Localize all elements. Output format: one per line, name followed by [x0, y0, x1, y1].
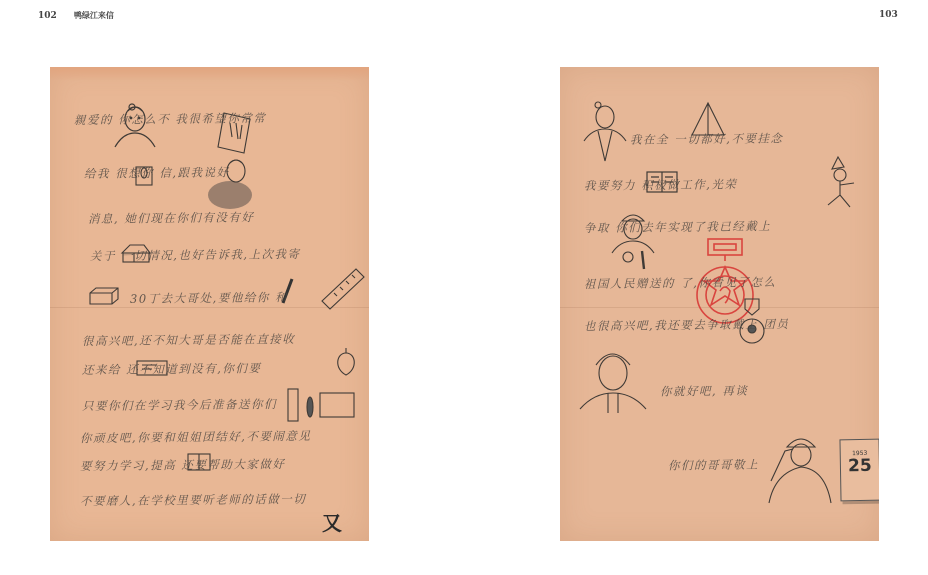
right-letter-scan: 1953 25 我在全 一切都好,不要挂念 我要努力 积极做工作,光荣 争取 你… [560, 67, 879, 541]
left-page-number: 102 [38, 11, 57, 21]
running-title: 鸭绿江来信 [74, 11, 114, 20]
blackboard-sketch-icon [286, 387, 356, 425]
letter-line: 親爱的 你怎么不 我很希望你常常 [74, 110, 266, 128]
letter-line: 不要磨人,在学校里要听老师的话做一切 [80, 491, 306, 509]
running-figure-sketch-icon [810, 153, 860, 213]
letter-line: 争取 你们去年实现了我已经戴上 [584, 218, 771, 236]
letter-line: 关于 一切情况,也好告诉我,上次我寄 [90, 246, 301, 264]
ruler-sketch-icon [320, 267, 366, 311]
letter-line: 还来给 还不知道到没有,你们要 [82, 360, 261, 378]
right-page-number: 103 [879, 10, 898, 20]
pioneer-portrait-sketch-icon [580, 101, 630, 165]
letter-line: 只要你们在学习我今后准备送你们 [82, 396, 277, 414]
letter-line: 30丁去大哥处,要他给你 和 [130, 289, 288, 307]
left-page-header: 102 鸭绿江来信 [38, 10, 114, 21]
letter-line: 我在全 一切都好,不要挂念 [630, 130, 783, 148]
letter-line: 祖国人民赠送的 了,你看见了怎么 [584, 274, 776, 292]
calendar-day: 25 [841, 457, 879, 476]
letter-line: 要努力学习,提高 还要帮助大家做好 [80, 456, 285, 474]
money-stack-sketch-icon [88, 287, 120, 305]
letter-line: 你就好吧, 再谈 [660, 383, 748, 400]
letter-line: 很高兴吧,还不知大哥是否能在直接收 [82, 331, 295, 349]
peach-sketch-icon [334, 347, 358, 377]
left-letter-scan: 親爱的 你怎么不 我很希望你常常 给我 很想你 信,跟我说好 消息, 她们现在你… [50, 67, 369, 541]
letter-line: 也很高兴吧,我还要去争取戴上 团员 [584, 316, 789, 334]
letter-line: 我要努力 积极做工作,光荣 [584, 176, 737, 194]
calendar-sketch-icon: 1953 25 [839, 439, 879, 502]
signature: 又 [322, 507, 342, 536]
letter-line: 消息, 她们现在你们有没有好 [88, 209, 254, 227]
leader-portrait-sketch-icon [578, 345, 648, 417]
letter-line: 给我 很想你 信,跟我说好 [84, 164, 230, 182]
letter-line: 你们的哥哥敬上 [668, 457, 759, 474]
saluting-soldier-sketch-icon [765, 433, 835, 509]
letter-line: 你顽皮吧,你要和姐姐团结好,不要闹意见 [80, 428, 311, 446]
